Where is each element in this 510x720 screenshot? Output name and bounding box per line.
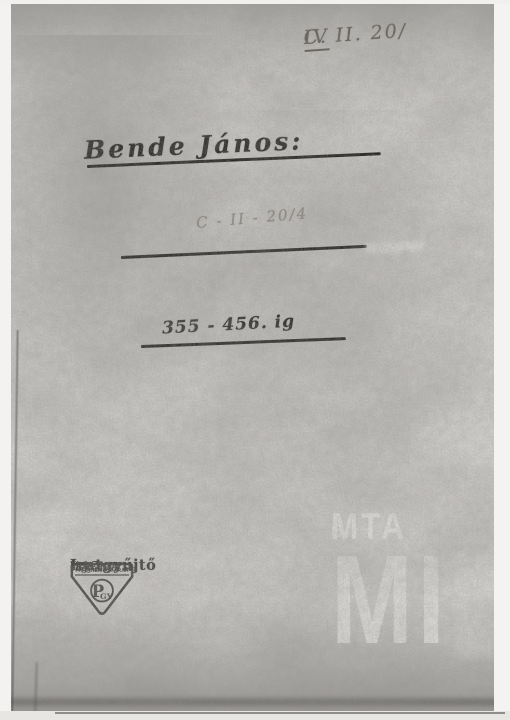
watermark-mi-text: MI	[331, 551, 450, 649]
logo-monogram-gy: GY	[100, 592, 113, 601]
scanner-margin-left	[0, 0, 11, 720]
scanner-margin-right	[494, 0, 510, 720]
scan-smudge-line	[0, 698, 510, 706]
stamp-price-value: Ft 1.70	[70, 560, 104, 570]
scanner-margin-top	[0, 0, 510, 4]
reference-suffix-underlined: IV	[303, 25, 330, 52]
scanned-document-page: MTA BI MI C. II. 20/IV Bende János: C - …	[0, 0, 510, 720]
bottom-edge-line	[55, 712, 505, 714]
